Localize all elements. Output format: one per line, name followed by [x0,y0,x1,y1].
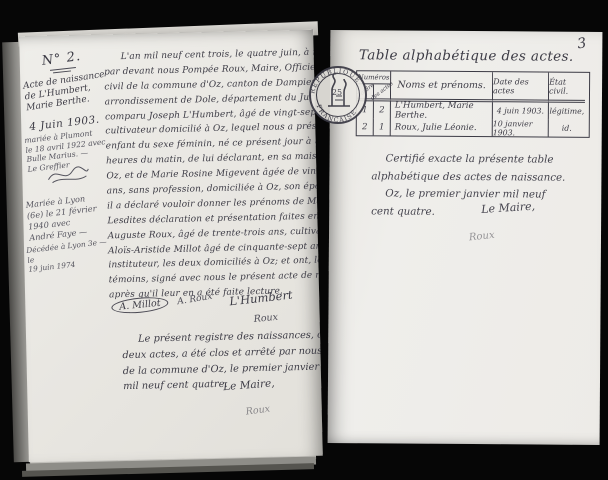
acts-index-table: Numéros d'ordre des actes Noms et prénom… [356,70,590,138]
table-cell-date: 4 juin 1903. [493,102,549,119]
act-margin-title: Acte de naissance de L'Humbert, Marie Be… [23,69,113,114]
column-header-date: Date des actes [493,72,549,102]
certification-statement: Certifié exacte la présente table alphab… [371,152,581,223]
table-cell-name: L'Humbert, Marie Berthe. [391,101,493,119]
margin-divider [53,70,71,73]
republique-francaise-stamp-icon: RÉPUBLIQUE FRANÇAISE 25 [306,62,370,128]
table-cell-name: Roux, Julie Léonie. [391,118,493,136]
greffier-signature-flourish [46,163,90,186]
column-subheader-actes: des actes [374,84,391,101]
witness-signature-millot: A. Millot [111,295,169,315]
mayor-signature: Roux [253,312,278,325]
table-cell-etat: id. [549,120,585,137]
table-cell-date: 10 janvier 1903. [493,119,549,136]
table-title: Table alphabétique des actes. [330,47,602,65]
column-header-etat: État civil. [549,73,585,103]
marginal-note-marriage-2: Mariée à Lyon (6e) le 21 février 1940 av… [25,191,109,244]
left-page-birth-act: N° 2. Acte de naissance de L'Humbert, Ma… [19,30,323,463]
certification-mayor-signature: Roux [469,230,496,243]
birth-act-body-text: L'an mil neuf cent trois, le quatre juin… [104,48,322,306]
registry-closing-statement: Le présent registre des naissances, cont… [122,330,323,398]
table-cell-etat: légitime, [549,103,585,120]
certification-line: cent quatre. [371,205,581,224]
witness-signature-roux: A. Roux [177,292,213,308]
table-cell-acte: 1 [374,118,391,135]
closing-mayor-signature: Roux [245,404,271,418]
certification-line: Certifié exacte la présente table [371,152,581,171]
svg-text:25: 25 [332,88,342,97]
certification-line: alphabétique des actes de naissance. [371,170,581,189]
father-signature: L'Humbert [229,288,294,309]
table-cell-acte: 2 [374,101,391,118]
column-header-noms: Noms et prénoms. [391,71,493,102]
signature-row: A. Millot A. Roux L'Humbert Roux [111,290,320,329]
certification-line: Oz, le premier janvier mil neuf [371,187,581,206]
